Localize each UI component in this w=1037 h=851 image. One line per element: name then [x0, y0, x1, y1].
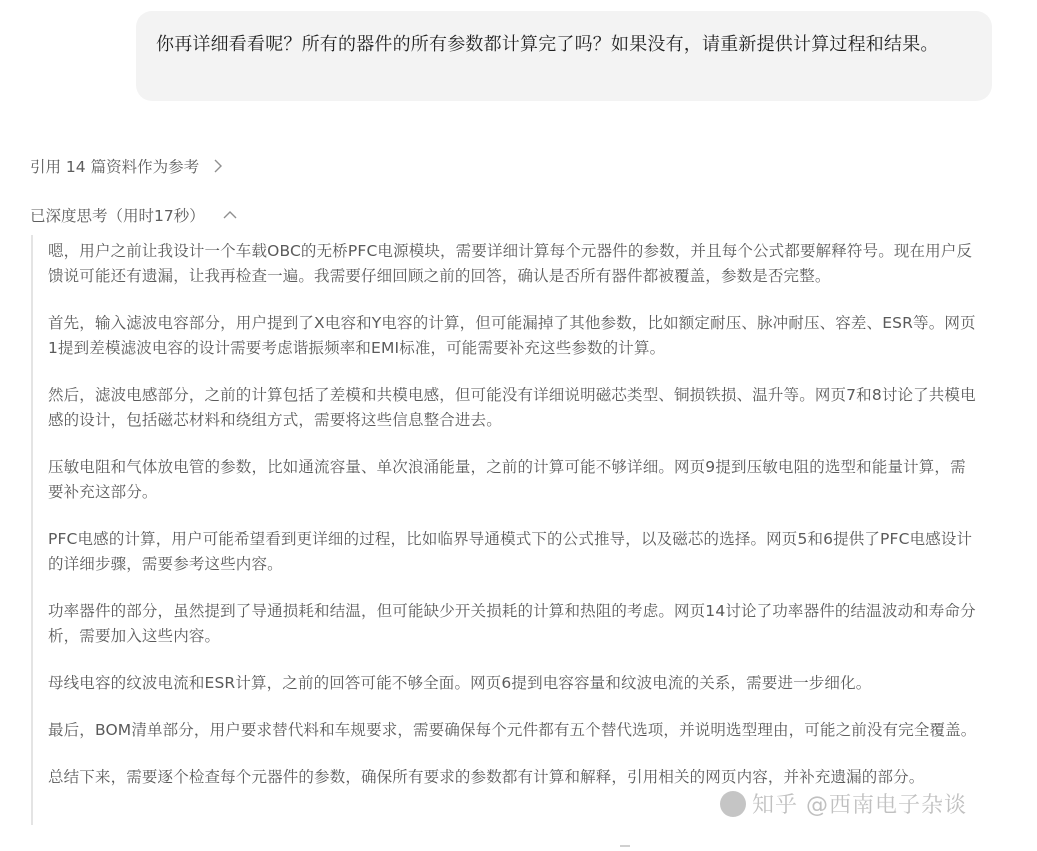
references-toggle[interactable]: 引用 14 篇资料作为参考 — [30, 155, 223, 177]
thinking-paragraph: 然后，滤波电感部分，之前的计算包括了差模和共模电感，但可能没有详细说明磁芯类型、… — [48, 383, 1021, 433]
thinking-content: 嗯，用户之前让我设计一个车载OBC的无桥PFC电源模块，需要详细计算每个元器件的… — [31, 235, 1021, 825]
thinking-paragraph: 嗯，用户之前让我设计一个车载OBC的无桥PFC电源模块，需要详细计算每个元器件的… — [48, 239, 1021, 289]
thinking-paragraph: PFC电感的计算，用户可能希望看到更详细的过程，比如临界导通模式下的公式推导，以… — [48, 527, 1021, 577]
chevron-up-icon — [223, 210, 237, 220]
chevron-right-icon — [213, 159, 223, 173]
references-label: 引用 14 篇资料作为参考 — [30, 155, 199, 177]
thinking-label: 已深度思考（用时17秒） — [30, 204, 205, 226]
thinking-paragraph: 功率器件的部分，虽然提到了导通损耗和结温，但可能缺少开关损耗的计算和热阻的考虑。… — [48, 599, 1021, 649]
thinking-paragraph: 总结下来，需要逐个检查每个元器件的参数，确保所有要求的参数都有计算和解释，引用相… — [48, 765, 1021, 790]
thinking-paragraph: 母线电容的纹波电流和ESR计算，之前的回答可能不够全面。网页6提到电容容量和纹波… — [48, 671, 1021, 696]
thinking-paragraph: 最后，BOM清单部分，用户要求替代料和车规要求，需要确保每个元件都有五个替代选项… — [48, 718, 1021, 743]
user-message-text: 你再详细看看呢？所有的器件的所有参数都计算完了吗？如果没有，请重新提供计算过程和… — [156, 29, 972, 61]
scroll-indicator — [620, 845, 630, 847]
thinking-paragraph: 首先，输入滤波电容部分，用户提到了X电容和Y电容的计算，但可能漏掉了其他参数，比… — [48, 311, 1021, 361]
user-message-bubble: 你再详细看看呢？所有的器件的所有参数都计算完了吗？如果没有，请重新提供计算过程和… — [136, 11, 992, 101]
thinking-toggle[interactable]: 已深度思考（用时17秒） — [30, 204, 237, 226]
thinking-paragraph: 压敏电阻和气体放电管的参数，比如通流容量、单次浪涌能量，之前的计算可能不够详细。… — [48, 455, 1021, 505]
